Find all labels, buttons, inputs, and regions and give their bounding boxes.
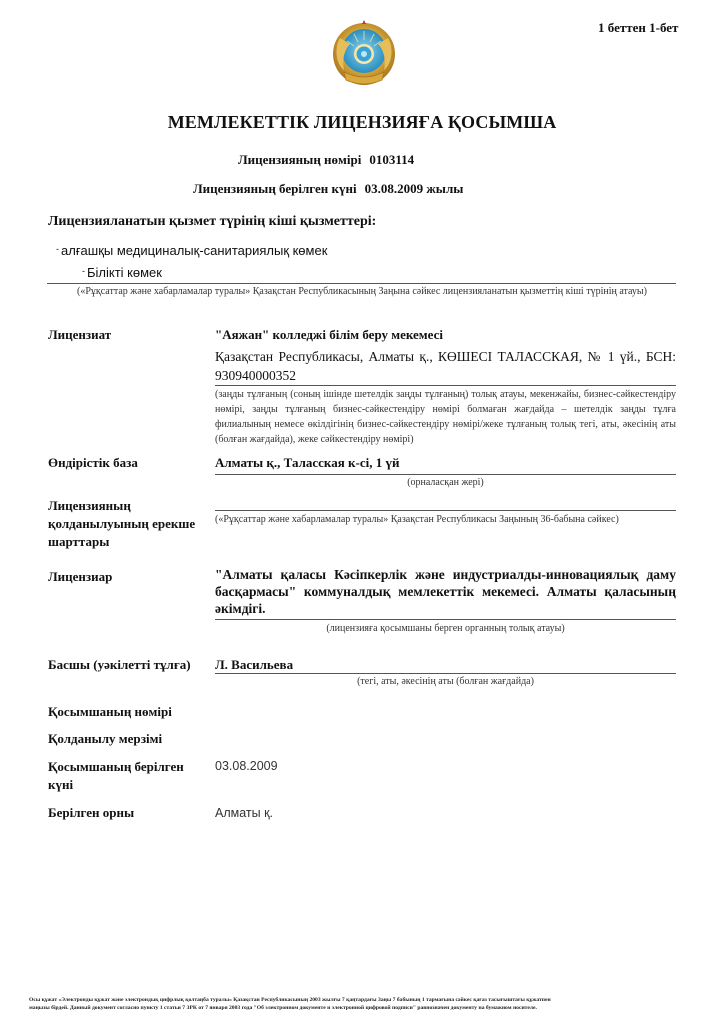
issue-place-value: Алматы қ. — [215, 804, 676, 823]
footer-legal-notice: Осы құжат «Электронды құжат және электро… — [29, 996, 709, 1012]
appendix-issue-date-value: 03.08.2009 — [215, 757, 676, 776]
special-conditions-label: Лицензияның қолданылуының ерекше шарттар… — [48, 497, 198, 551]
appendix-issue-date-label: Қосымшаның берілген күні — [48, 758, 208, 794]
divider — [47, 283, 676, 284]
license-number-value: 0103114 — [369, 152, 414, 168]
head-value: Л. Васильева — [215, 655, 676, 674]
appendix-number-label: Қосымшаның нөмірі — [48, 703, 172, 721]
head-label: Басшы (уәкілетті тұлға) — [48, 656, 191, 674]
divider — [215, 510, 676, 511]
footer-line-1: Осы құжат «Электронды құжат және электро… — [29, 996, 709, 1004]
divider — [215, 673, 676, 674]
licensee-caption: (заңды тұлғаның (соның ішінде шетелдік з… — [215, 387, 676, 447]
subservice-item: -Білікті көмек — [82, 265, 162, 280]
page-title: МЕМЛЕКЕТТІК ЛИЦЕНЗИЯҒА ҚОСЫМША — [0, 112, 724, 133]
licensee-name: "Аяжан" колледжі білім беру мекемесі — [215, 325, 676, 344]
production-base-caption: (орналасқан жері) — [215, 476, 676, 490]
licensor-caption: (лицензияға қосымшаны берген органның то… — [215, 622, 676, 636]
state-emblem-icon — [330, 18, 398, 90]
issue-place-label: Берілген орны — [48, 804, 134, 822]
production-base-value: Алматы қ., Таласская к-сі, 1 үй — [215, 453, 676, 472]
footer-line-2: маңызы бірдей. Данный документ согласно … — [29, 1004, 709, 1012]
validity-label: Қолданылу мерзімі — [48, 730, 162, 748]
license-date-label: Лицензияның берілген күні — [193, 181, 357, 197]
divider — [215, 619, 676, 620]
production-base-label: Өндірістік база — [48, 454, 138, 472]
head-caption: (тегі, аты, әкесінің аты (болған жағдайд… — [215, 675, 676, 689]
subservice-label: алғашқы медициналық-санитариялық көмек — [61, 243, 327, 258]
special-conditions-caption: («Рұқсаттар және хабарламалар туралы» Қа… — [215, 512, 676, 527]
divider — [215, 474, 676, 475]
subservices-caption: («Рұқсаттар және хабарламалар туралы» Қа… — [60, 285, 664, 299]
licensor-label: Лицензиар — [48, 568, 112, 586]
licensee-address: Қазақстан Республикасы, Алматы қ., КӨШЕС… — [215, 347, 676, 385]
licensor-value: "Алматы қаласы Кәсіпкерлік және индустри… — [215, 566, 676, 617]
license-number: Лицензияның нөмірі0103114 — [238, 152, 414, 168]
bullet-dash-icon: - — [56, 244, 59, 254]
bullet-dash-icon: - — [82, 266, 85, 276]
subservice-label: Білікті көмек — [87, 265, 162, 280]
license-date: Лицензияның берілген күні03.08.2009 жылы — [193, 181, 463, 197]
license-date-value: 03.08.2009 жылы — [365, 181, 464, 197]
page-counter: 1 беттен 1-бет — [598, 20, 678, 36]
licensee-label: Лицензиат — [48, 326, 111, 344]
license-number-label: Лицензияның нөмірі — [238, 152, 361, 168]
subservices-heading: Лицензияланатын қызмет түрінің кіші қызм… — [48, 214, 376, 230]
divider — [215, 385, 676, 386]
subservice-item: -алғашқы медициналық-санитариялық көмек — [56, 243, 327, 258]
